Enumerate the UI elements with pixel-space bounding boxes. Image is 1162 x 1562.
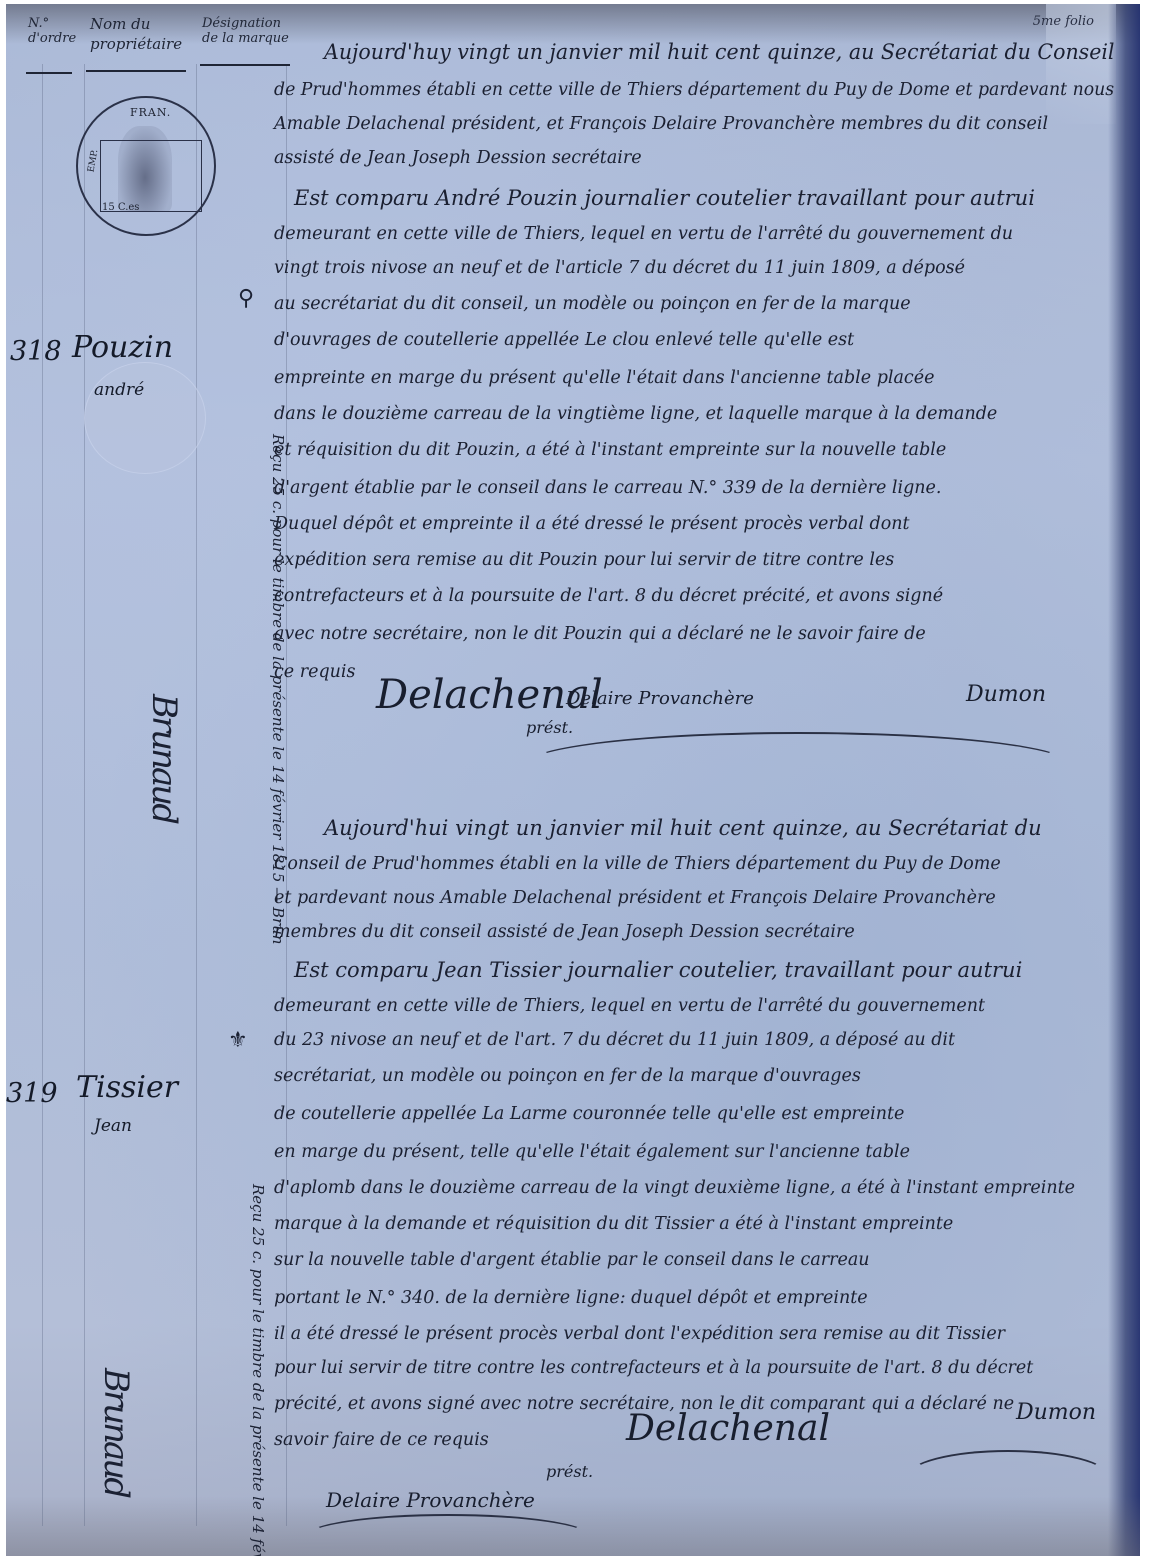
folio-note: 5me folio xyxy=(1033,14,1094,29)
text-line: demeurant en cette ville de Thiers, lequ… xyxy=(274,224,1013,244)
header-underline xyxy=(86,70,186,72)
stamp-value: 15 C.es xyxy=(102,202,139,213)
text-line: assisté de Jean Joseph Dession secrétair… xyxy=(274,148,642,168)
text-line: contrefacteurs et à la poursuite de l'ar… xyxy=(274,586,943,606)
text-line: d'argent établie par le conseil dans le … xyxy=(274,478,941,498)
text-line: portant le N.° 340. de la dernière ligne… xyxy=(274,1288,868,1308)
signature-delachenal: Delachenal xyxy=(626,1408,830,1449)
signature-delaire-provanchere: Delaire Provanchère xyxy=(566,688,754,709)
signature-flourish xyxy=(306,1514,590,1556)
signature-flourish xyxy=(906,1450,1110,1504)
text-line: d'ouvrages de coutellerie appellée Le cl… xyxy=(274,330,854,350)
header-owner-name: Nom du propriétaire xyxy=(90,14,190,54)
mark-clou-icon: ⚲ xyxy=(238,286,254,311)
text-line: expédition sera remise au dit Pouzin pou… xyxy=(274,550,894,570)
entry-number: 318 xyxy=(10,336,62,367)
entry-first-name: Jean xyxy=(94,1116,132,1136)
text-line: Aujourd'hui vingt un janvier mil huit ce… xyxy=(324,816,1042,840)
text-line: empreinte en marge du présent qu'elle l'… xyxy=(274,368,934,388)
text-line: savoir faire de ce requis xyxy=(274,1430,489,1450)
embossed-seal xyxy=(84,362,206,474)
text-line: vingt trois nivose an neuf et de l'artic… xyxy=(274,258,965,278)
text-line: Est comparu Jean Tissier journalier cout… xyxy=(294,958,1022,982)
text-line: d'aplomb dans le douzième carreau de la … xyxy=(274,1178,1075,1198)
text-line: Conseil de Prud'hommes établi en la vill… xyxy=(274,854,1001,874)
column-rule xyxy=(196,64,197,1526)
header-order-number: N.° d'ordre xyxy=(28,16,78,46)
margin-receipt-note: Reçu 25 c. pour le timbre de la présente… xyxy=(248,1184,268,1556)
text-line: Amable Delachenal président, et François… xyxy=(274,114,1048,134)
text-line: demeurant en cette ville de Thiers, lequ… xyxy=(274,996,985,1016)
text-line: et pardevant nous Amable Delachenal prés… xyxy=(274,888,996,908)
signature-president-abbrev: prést. xyxy=(546,1462,593,1481)
entry-number: 319 xyxy=(6,1078,58,1109)
text-line: de Prud'hommes établi en cette ville de … xyxy=(274,80,1114,100)
text-line: Duquel dépôt et empreinte il a été dress… xyxy=(274,514,910,534)
entry-surname: Pouzin xyxy=(72,330,173,365)
text-line: dans le douzième carreau de la vingtième… xyxy=(274,404,997,424)
header-underline xyxy=(26,72,72,74)
text-line: pour lui servir de titre contre les cont… xyxy=(274,1358,1033,1378)
stamp-top-text: FRAN. xyxy=(130,106,171,119)
signature-flourish xyxy=(526,732,1070,796)
text-line: de coutellerie appellée La Larme couronn… xyxy=(274,1104,904,1124)
text-line: Est comparu André Pouzin journalier cout… xyxy=(294,186,1035,210)
mark-larme-couronnee-icon: ⚜ xyxy=(228,1028,248,1053)
text-line: Aujourd'huy vingt un janvier mil huit ce… xyxy=(324,40,1115,64)
margin-signature: Brunaud xyxy=(96,1368,136,1496)
text-line: au secrétariat du dit conseil, un modèle… xyxy=(274,294,911,314)
text-line: marque à la demande et réquisition du di… xyxy=(274,1214,953,1234)
column-rule xyxy=(42,64,43,1526)
header-mark-designation: Désignation de la marque xyxy=(202,16,292,46)
entry-surname: Tissier xyxy=(76,1070,178,1105)
signature-delaire-provanchere: Delaire Provanchère xyxy=(326,1488,535,1512)
stamp-left-text: EMP. xyxy=(87,149,101,173)
column-rule xyxy=(84,64,85,1526)
header-underline xyxy=(200,64,290,66)
text-line: membres du dit conseil assisté de Jean J… xyxy=(274,922,855,942)
page-right-edge xyxy=(1108,4,1140,1556)
tax-stamp: FRAN. EMP. 15 C.es xyxy=(76,96,216,236)
signature-dumon: Dumon xyxy=(1016,1400,1096,1425)
text-line: il a été dressé le présent procès verbal… xyxy=(274,1324,1005,1344)
signature-president-abbrev: prést. xyxy=(526,718,573,737)
register-page: N.° d'ordre Nom du propriétaire Désignat… xyxy=(6,4,1140,1556)
signature-dumon: Dumon xyxy=(966,682,1046,707)
entry-first-name: andré xyxy=(94,380,144,400)
text-line: et réquisition du dit Pouzin, a été à l'… xyxy=(274,440,946,460)
margin-signature: Brunaud xyxy=(144,694,184,822)
text-line: ce requis xyxy=(274,662,356,682)
stamp-seated-figure xyxy=(118,126,172,212)
text-line: du 23 nivose an neuf et de l'art. 7 du d… xyxy=(274,1030,955,1050)
text-line: en marge du présent, telle qu'elle l'éta… xyxy=(274,1142,910,1162)
text-line: avec notre secrétaire, non le dit Pouzin… xyxy=(274,624,926,644)
text-line: secrétariat, un modèle ou poinçon en fer… xyxy=(274,1066,861,1086)
text-line: sur la nouvelle table d'argent établie p… xyxy=(274,1250,870,1270)
